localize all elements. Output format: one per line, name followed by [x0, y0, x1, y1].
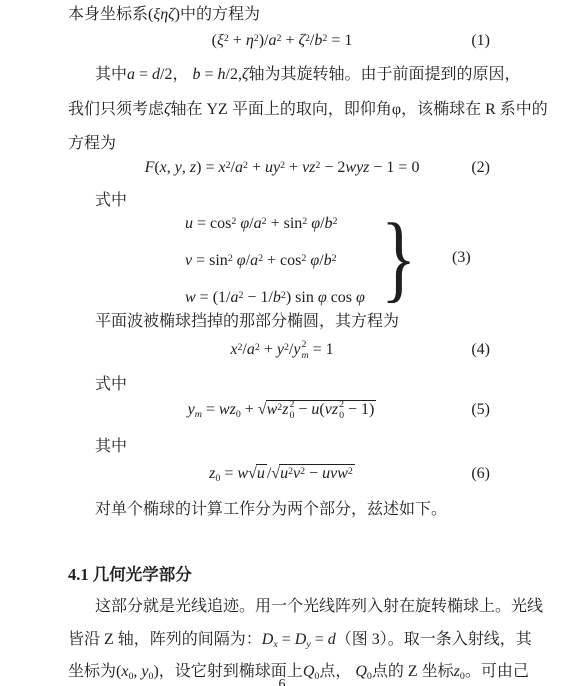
equation-3-line-w: w = (1/a2 − 1/b2) sin φ cos φ — [185, 287, 365, 309]
equation-3-number: (3) — [452, 249, 471, 267]
equation-2: F(x, y, z) = x2/a2 + uy2 + vz2 − 2wyz − … — [68, 157, 496, 179]
paragraph-line-where-2: 式中 — [95, 374, 127, 396]
paragraph-line-blocked-ellipse: 平面波被椭球挡掉的那部分椭圆，其方程为 — [95, 311, 399, 333]
equation-1-number: (1) — [471, 30, 490, 52]
paragraph-line-array-spacing: 皆沿 Z 轴，阵列的间隔为：Dx = Dy = d（图 3）。取一条入射线，其 — [68, 629, 532, 651]
section-heading-4-1: 4.1 几何光学部分 — [68, 561, 192, 585]
equation-6-number: (6) — [471, 463, 490, 485]
equation-3-line-v: v = sin2 φ/a2 + cos2 φ/b2 — [185, 250, 337, 272]
equation-5-body: ym = wz0 + √w2z20 − u(vz20 − 1) — [188, 399, 377, 422]
paragraph-line-equation-lead: 方程为 — [68, 133, 116, 155]
equation-6-body: z0 = w√u/√u2v2 − uvw2 — [209, 463, 355, 485]
paragraph-line-ray-tracing: 这部分就是光线追迹。用一个光线阵列入射在旋转椭球上。光线 — [95, 596, 543, 618]
paragraph-line-equation-intro: 本身坐标系(ξηζ)中的方程为 — [68, 4, 260, 26]
equation-4-body: x2/a2 + y2/y2m = 1 — [230, 339, 333, 362]
equation-4: x2/a2 + y2/y2m = 1 (4) — [68, 339, 496, 362]
equation-1-body: (ξ2 + η2)/a2 + ζ2/b2 = 1 — [212, 30, 353, 52]
paragraph-line-two-parts: 对单个椭球的计算工作分为两个部分，兹述如下。 — [95, 499, 447, 521]
equation-3-line-u: u = cos2 φ/a2 + sin2 φ/b2 — [185, 213, 338, 235]
paragraph-line-where-3: 其中 — [95, 436, 127, 458]
equation-5-number: (5) — [471, 399, 490, 421]
equation-5: ym = wz0 + √w2z20 − u(vz20 − 1) (5) — [68, 399, 496, 422]
paragraph-line-orientation: 我们只须考虑ζ轴在 YZ 平面上的取向，即仰角φ，该椭球在 R 系中的 — [68, 99, 548, 121]
equation-6: z0 = w√u/√u2v2 − uvw2 (6) — [68, 463, 496, 485]
equation-1: (ξ2 + η2)/a2 + ζ2/b2 = 1 (1) — [68, 30, 496, 52]
paragraph-line-where-1: 式中 — [95, 190, 127, 212]
equation-3-right-brace: } — [381, 209, 416, 307]
equation-4-number: (4) — [471, 339, 490, 361]
equation-2-body: F(x, y, z) = x2/a2 + uy2 + vz2 − 2wyz − … — [145, 157, 420, 179]
paper-page: 本身坐标系(ξηζ)中的方程为 (ξ2 + η2)/a2 + ζ2/b2 = 1… — [0, 0, 564, 686]
equation-2-number: (2) — [471, 157, 490, 179]
page-number: 6 — [0, 677, 564, 686]
paragraph-line-parameters: 其中a = d/2， b = h/2,ζ轴为其旋转轴。由于前面提到的原因， — [95, 64, 520, 86]
